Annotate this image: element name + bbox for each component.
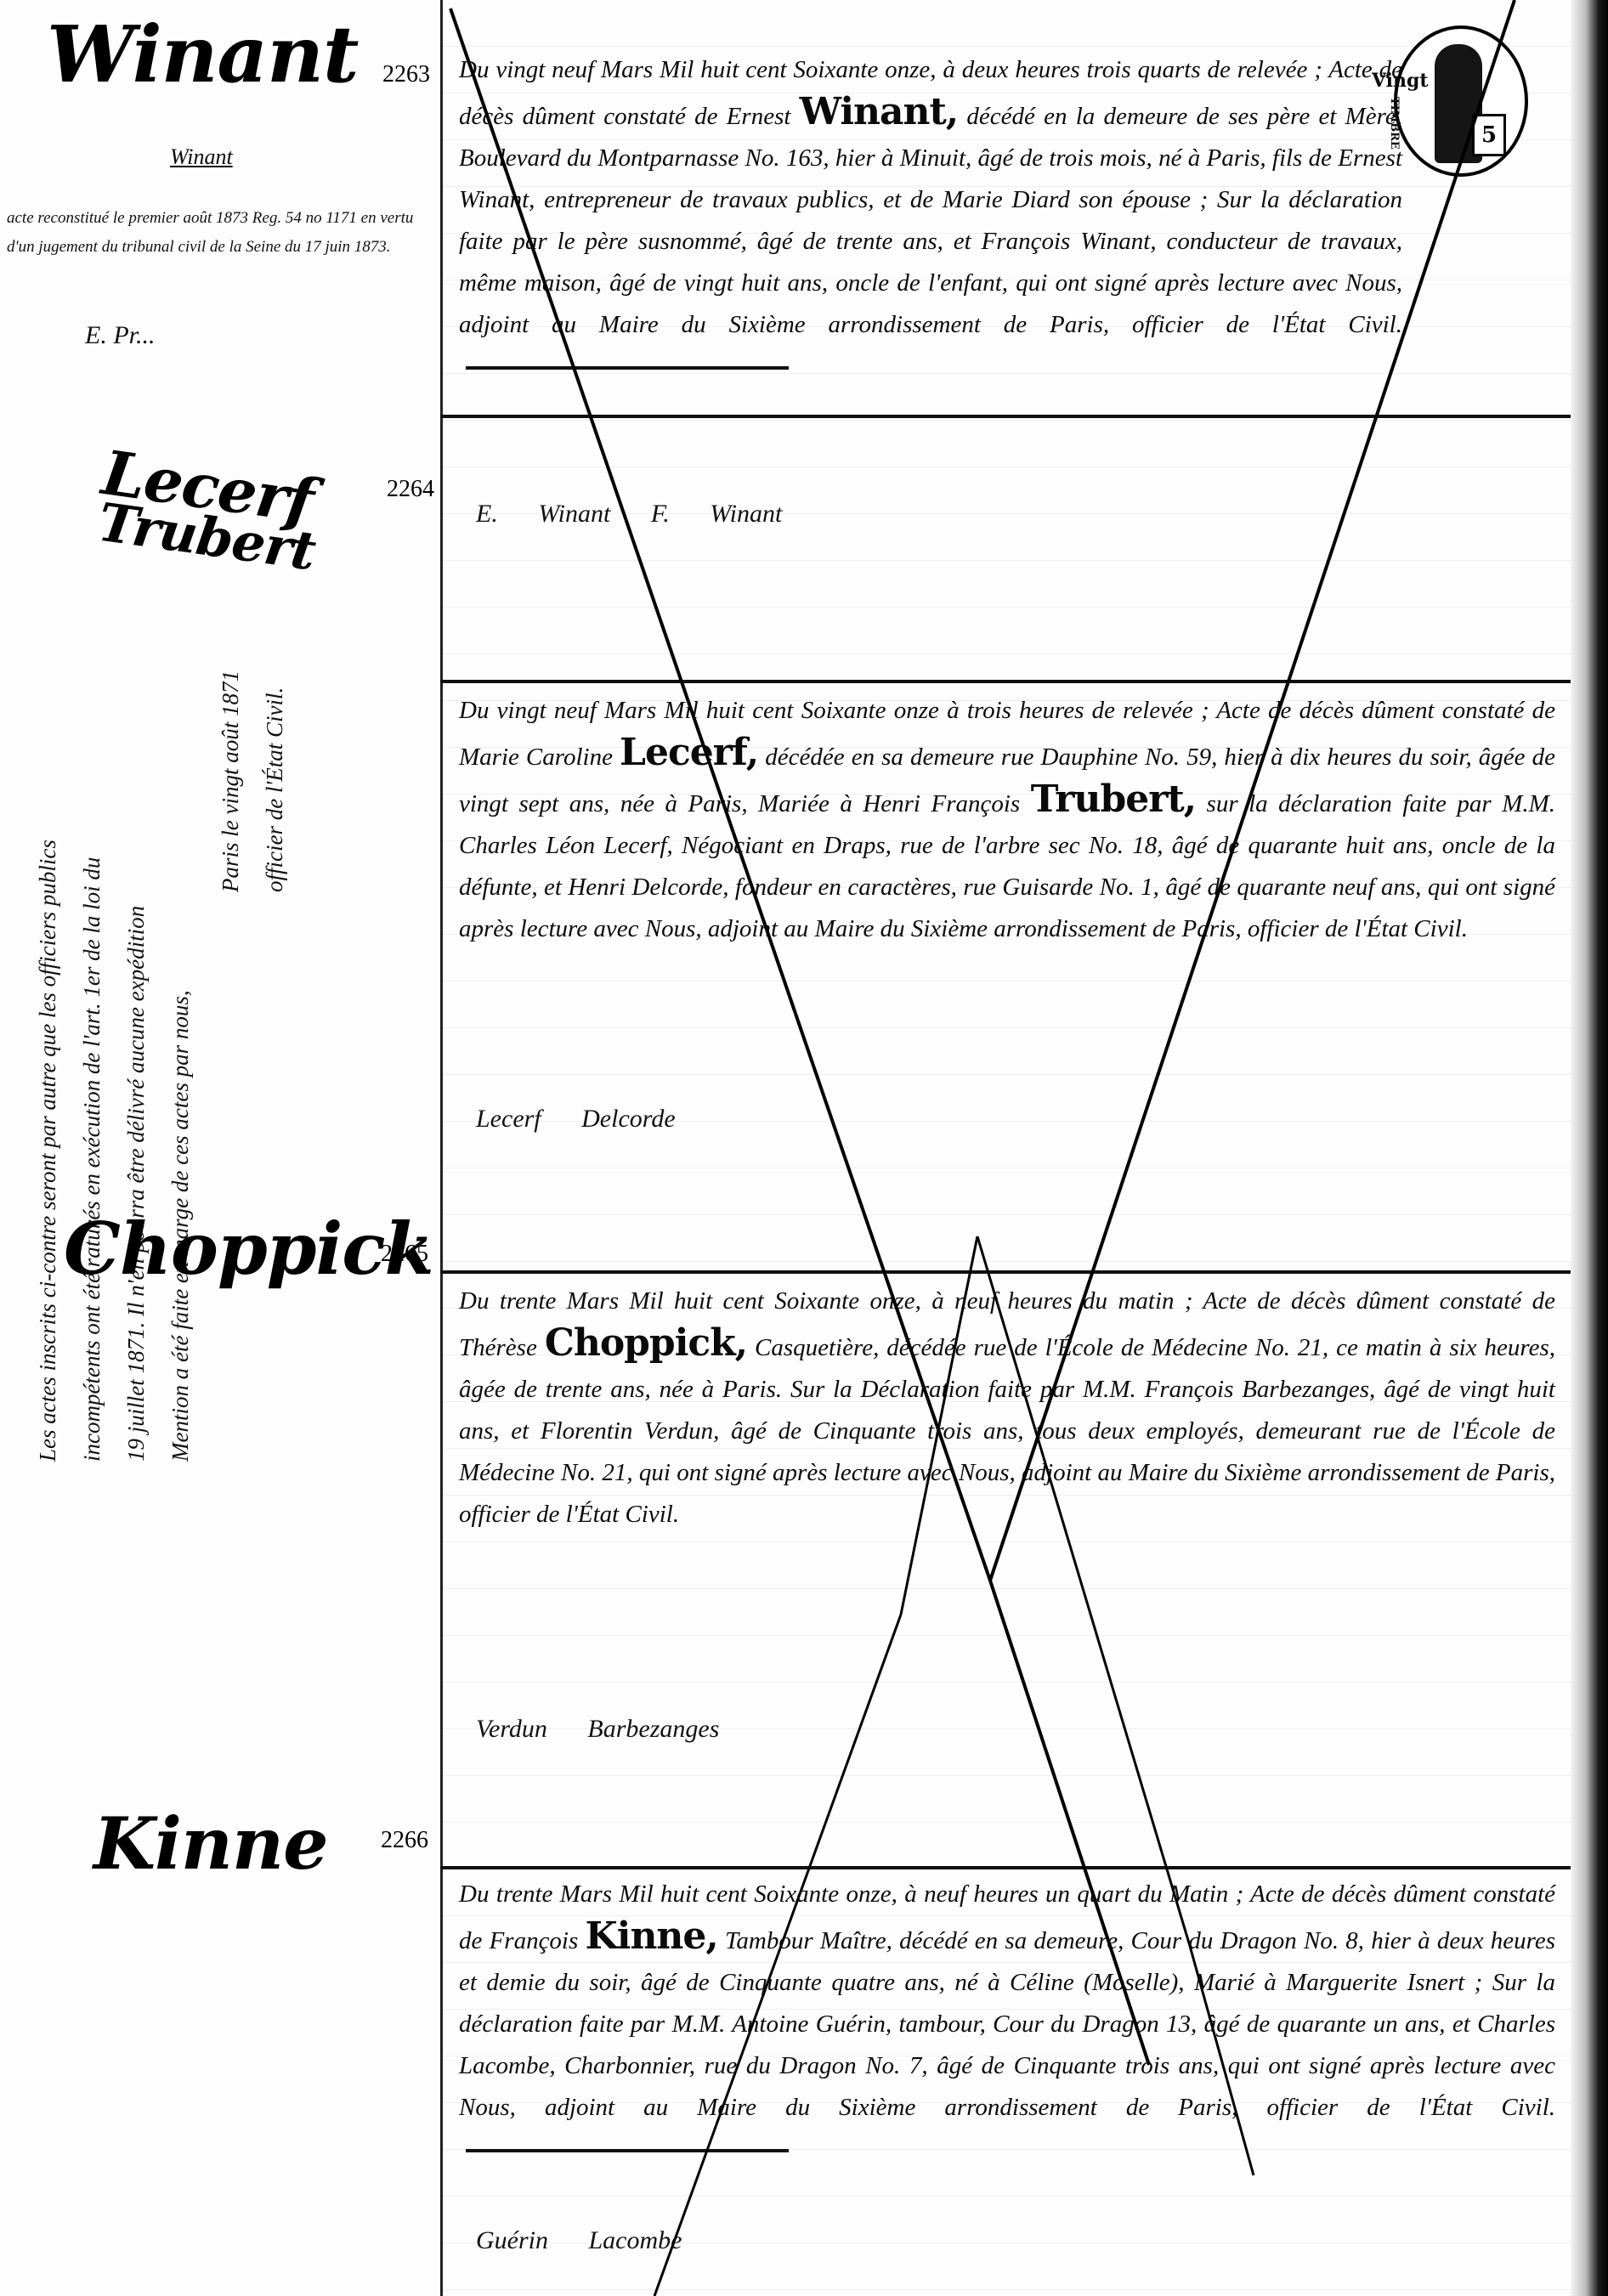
closing-dash: [466, 2149, 789, 2152]
margin-name-kinne: Kinne: [93, 1801, 328, 1886]
signatures-2263: E. Winant F. Winant: [476, 500, 782, 529]
deceased-surname: Winant,: [800, 90, 959, 133]
deceased-surname: Kinne,: [585, 1914, 717, 1958]
signatures-2266: Guérin Lacombe: [476, 2226, 682, 2255]
margin-reconstitution-note: acte reconstitué le premier août 1873 Re…: [7, 204, 432, 262]
vertical-margin-note-1: Les actes inscrits ci-contre seront par …: [25, 840, 202, 1462]
entry-number-2265: 2265: [381, 1241, 428, 1268]
entry-number-2266: 2266: [381, 1827, 428, 1854]
entry-separator: [440, 1270, 1571, 1274]
entry-separator: [440, 415, 1571, 418]
margin-subname: Winant: [170, 144, 233, 170]
entry-body-2265: Du trente Mars Mil huit cent Soixante on…: [459, 1281, 1555, 1535]
closing-dash: [466, 366, 789, 370]
register-page: Winant 2263 Winant acte reconstitué le p…: [0, 0, 1608, 2296]
margin-name-winant: Winant: [47, 8, 359, 100]
entry-number-2264: 2264: [387, 476, 434, 503]
stamp-shield: 5: [1472, 114, 1506, 156]
deceased-surname: Choppick,: [545, 1321, 747, 1365]
vertical-margin-note-2: Paris le vingt août 1871 officier de l'É…: [208, 670, 297, 892]
spouse-surname: Trubert,: [1031, 778, 1196, 821]
binding-edge-shadow: [1571, 0, 1608, 2296]
margin-name-choppick: Choppick: [64, 1207, 433, 1291]
margin-signature: E. Pr...: [85, 321, 156, 350]
margin-divider: [440, 0, 443, 2296]
deceased-surname: Lecerf,: [620, 731, 758, 774]
tax-stamp: Vingt TIMBRE 5: [1394, 25, 1528, 177]
entry-number-2263: 2263: [382, 61, 430, 88]
signatures-2264: Lecerf Delcorde: [476, 1105, 676, 1134]
entry-body-2263: Du vingt neuf Mars Mil huit cent Soixant…: [459, 49, 1402, 387]
entry-body-2266: Du trente Mars Mil huit cent Soixante on…: [459, 1874, 1555, 2170]
entry-separator: [440, 680, 1571, 683]
entry-separator: [440, 1866, 1571, 1869]
entry-body-2264: Du vingt neuf Mars Mil huit cent Soixant…: [459, 690, 1555, 950]
signatures-2265: Verdun Barbezanges: [476, 1715, 719, 1744]
